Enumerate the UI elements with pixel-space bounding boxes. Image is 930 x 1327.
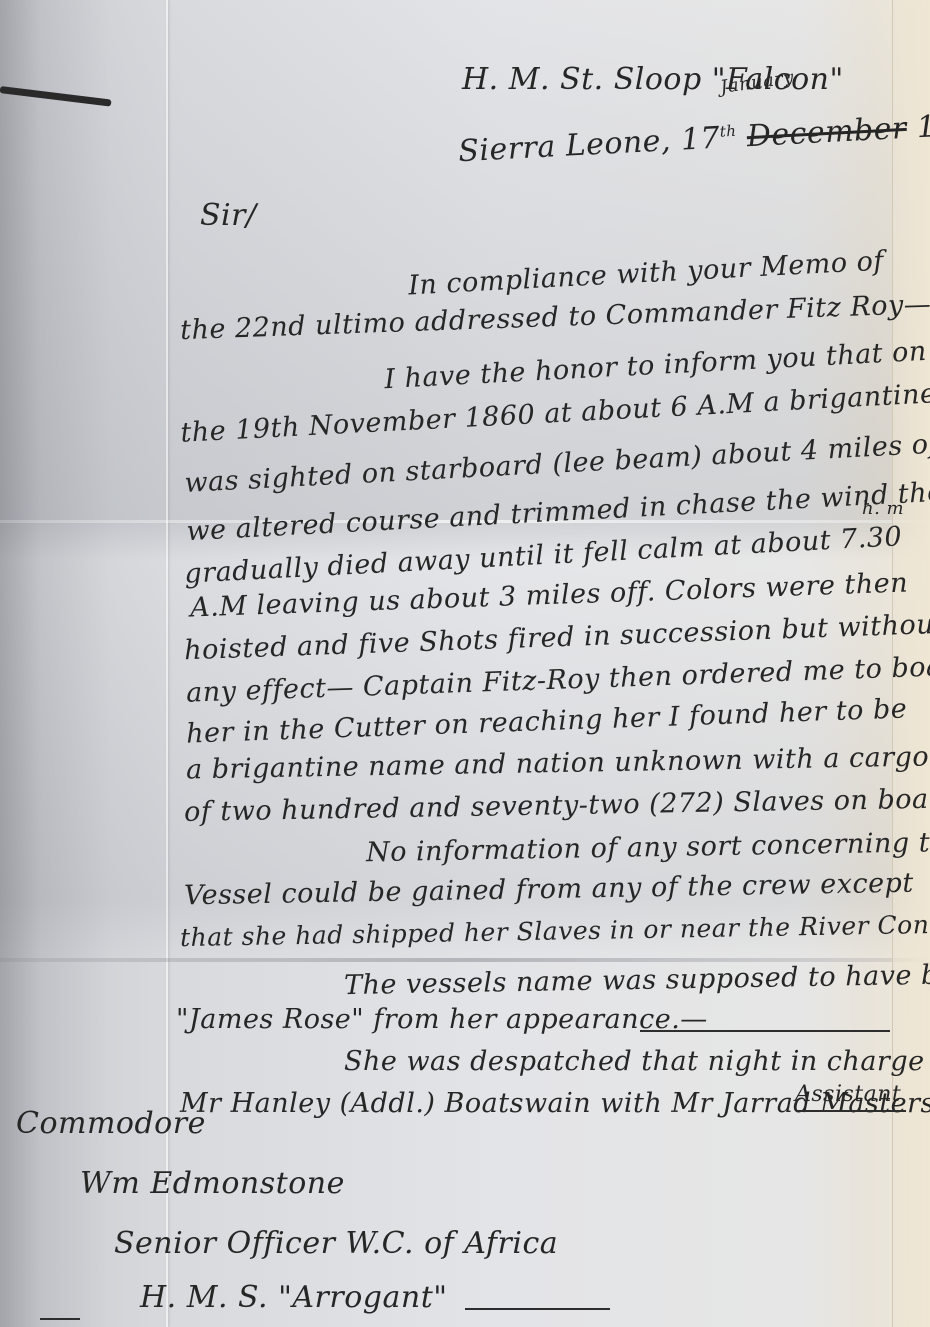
underline-rule: [796, 1110, 906, 1112]
letter-line: "James Rose" from her appearance.—: [176, 1004, 708, 1035]
addressee-title: Commodore: [16, 1106, 206, 1141]
line-filler-rule: [40, 1318, 80, 1320]
salutation: Sir/: [200, 198, 257, 233]
addressee-name: Wm Edmonstone: [80, 1166, 345, 1201]
day: 17: [680, 121, 721, 158]
letter-line: She was despatched that night in charge …: [344, 1046, 930, 1077]
addressee-ship: H. M. S. "Arrogant": [140, 1280, 448, 1315]
year: 1860.: [916, 106, 930, 146]
day-suffix: th: [719, 122, 737, 141]
margin-note: h. m: [862, 498, 904, 519]
letter-line: Assistant: [795, 1082, 901, 1107]
line-filler-rule: [465, 1308, 610, 1310]
addressee-position: Senior Officer W.C. of Africa: [114, 1226, 558, 1261]
line-filler-rule: [640, 1030, 890, 1032]
